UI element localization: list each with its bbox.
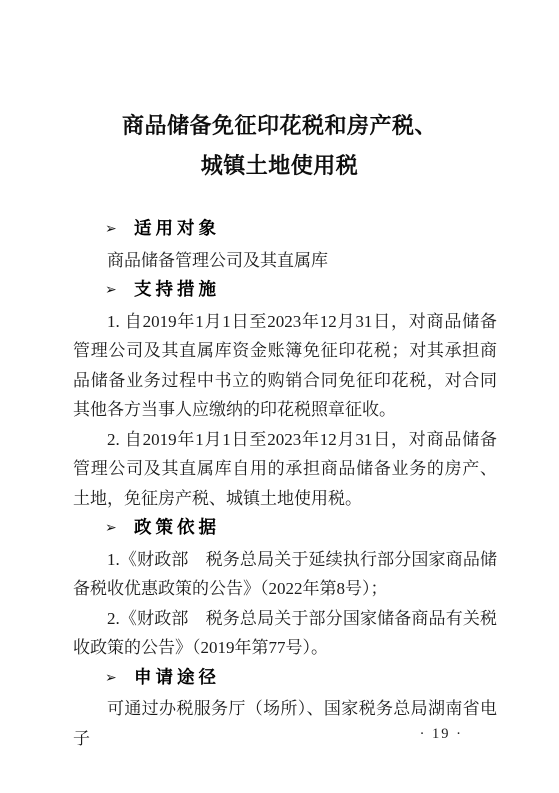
section-heading-label: 适用对象 bbox=[134, 218, 220, 238]
page-number: · 19 · bbox=[420, 726, 463, 743]
section-heading-label: 政策依据 bbox=[134, 517, 220, 537]
section-heading-support-measures: ➢ 支持措施 bbox=[73, 275, 497, 307]
paragraph: 2.《财政部 税务总局关于部分国家储备商品有关税收政策的公告》（2019年第77… bbox=[73, 604, 497, 663]
document-page: 商品储备免征印花税和房产税、 城镇土地使用税 ➢ 适用对象 商品储备管理公司及其… bbox=[0, 0, 559, 793]
document-title: 商品储备免征印花税和房产税、 城镇土地使用税 bbox=[0, 0, 559, 186]
paragraph: 1. 自2019年1月1日至2023年12月31日，对商品储备管理公司及其直属库… bbox=[73, 307, 497, 425]
paragraph: 2. 自2019年1月1日至2023年12月31日，对商品储备管理公司及其直属库… bbox=[73, 425, 497, 514]
document-title-line-1: 商品储备免征印花税和房产税、 bbox=[122, 113, 437, 138]
arrow-bullet-icon: ➢ bbox=[105, 215, 117, 245]
section-heading-label: 申请途径 bbox=[134, 667, 220, 687]
arrow-bullet-icon: ➢ bbox=[105, 664, 117, 694]
section-heading-application-channel: ➢ 申请途径 bbox=[73, 663, 497, 695]
paragraph: 1.《财政部 税务总局关于延续执行部分国家商品储备税收优惠政策的公告》（2022… bbox=[73, 545, 497, 604]
document-title-line-2: 城镇土地使用税 bbox=[201, 153, 359, 178]
section-heading-applicable-targets: ➢ 适用对象 bbox=[73, 214, 497, 246]
paragraph: 可通过办税服务厅（场所）、国家税务总局湖南省电子 bbox=[73, 694, 497, 753]
paragraph: 商品储备管理公司及其直属库 bbox=[73, 246, 497, 276]
section-heading-label: 支持措施 bbox=[134, 279, 220, 299]
arrow-bullet-icon: ➢ bbox=[105, 514, 117, 544]
section-heading-policy-basis: ➢ 政策依据 bbox=[73, 513, 497, 545]
arrow-bullet-icon: ➢ bbox=[105, 276, 117, 306]
document-body: ➢ 适用对象 商品储备管理公司及其直属库 ➢ 支持措施 1. 自2019年1月1… bbox=[0, 186, 559, 753]
